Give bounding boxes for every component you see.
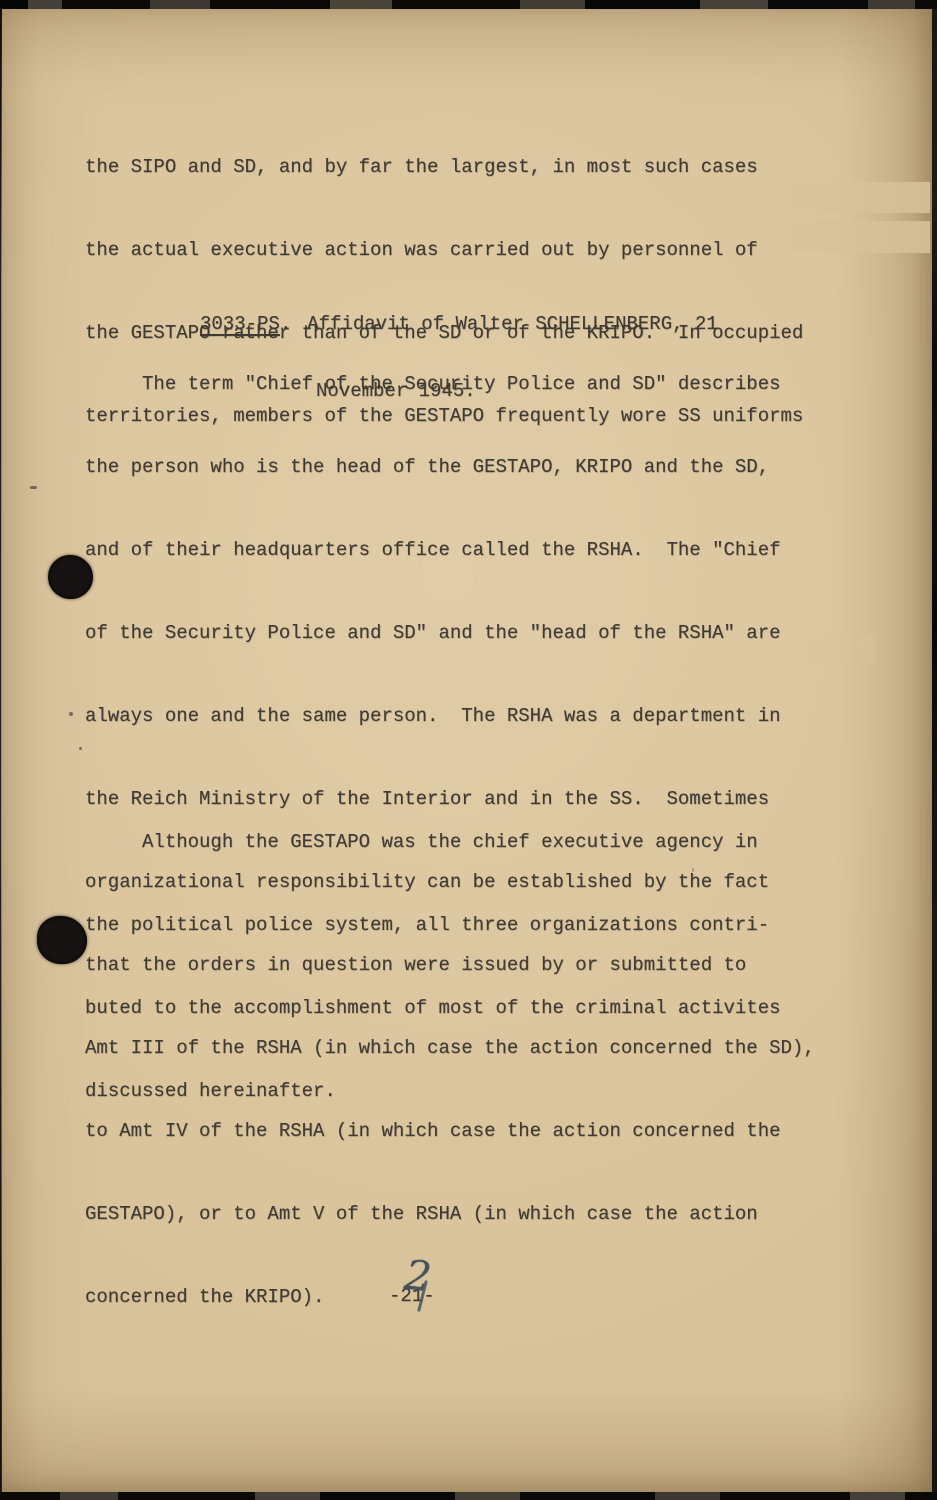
text-line: always one and the same person. The RSHA… [85,697,815,736]
text-line: The term "Chief of the Security Police a… [85,365,815,404]
text-line: GESTAPO), or to Amt V of the RSHA (in wh… [85,1195,815,1234]
text-line: of the Security Police and SD" and the "… [85,614,815,653]
scan-edge-bottom [0,1492,937,1500]
text-line: and of their headquarters office called … [85,531,815,570]
ink-speck [30,486,37,489]
scan-edge-top [0,0,937,9]
scanned-document-page: the SIPO and SD, and by far the largest,… [0,0,937,1500]
text-line: buted to the accomplishment of most of t… [85,989,781,1028]
paragraph-gestapo-agency: Although the GESTAPO was the chief execu… [85,779,781,1155]
text-line: discussed hereinafter. [85,1072,781,1111]
text-line: concerned the KRIPO). [85,1278,815,1317]
ink-speck [79,747,82,750]
scan-edge-left [0,9,2,1492]
ink-speck [692,868,694,872]
text-line: Although the GESTAPO was the chief execu… [85,823,781,862]
ink-speck [69,712,73,716]
text-line: the person who is the head of the GESTAP… [85,448,815,487]
scan-edge-right [932,9,937,1492]
hole-punch [37,916,87,964]
text-line: the actual executive action was carried … [85,231,803,270]
text-line: the SIPO and SD, and by far the largest,… [85,148,803,187]
text-line: the political police system, all three o… [85,906,781,945]
